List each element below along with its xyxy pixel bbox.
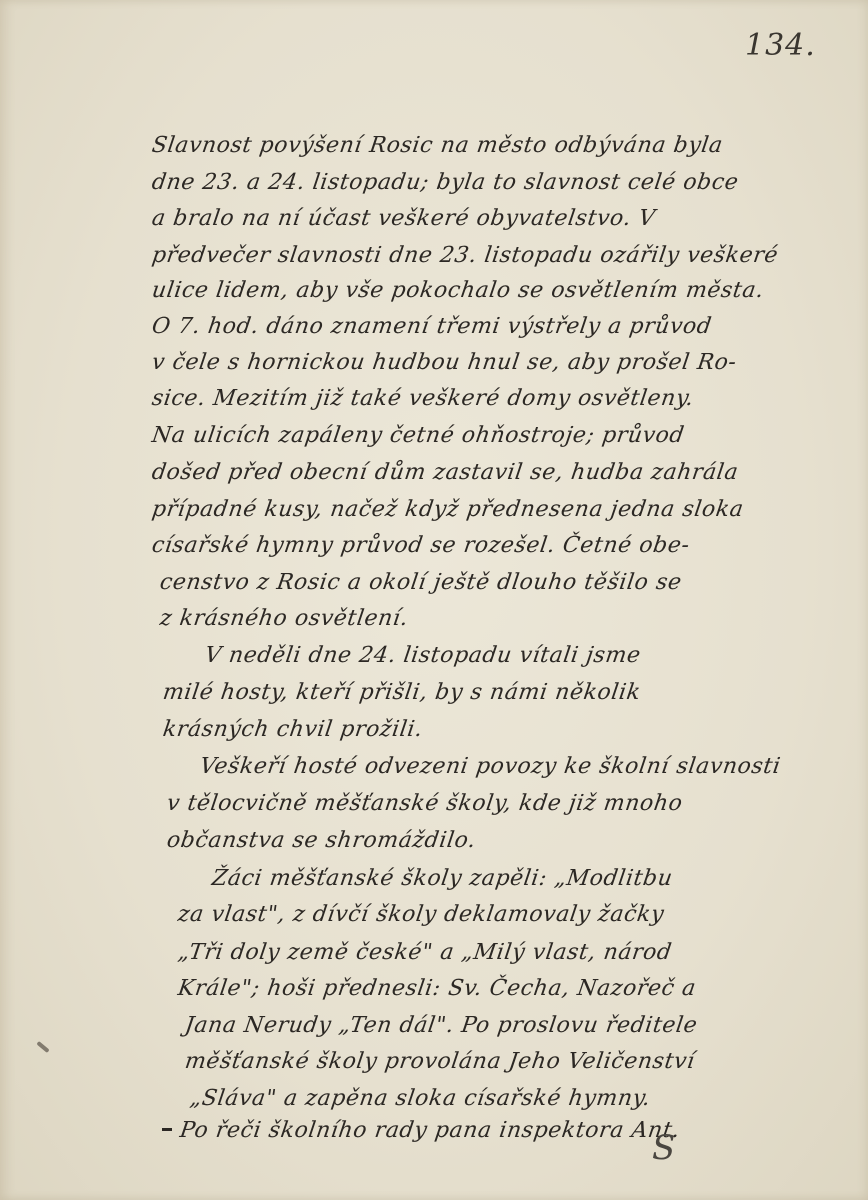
text-line: Jana Nerudy „Ten dál". Po proslovu ředit…: [183, 1013, 699, 1038]
text-line: sice. Mezitím již také veškeré domy osvě…: [150, 386, 695, 411]
ink-smudge: [36, 1041, 49, 1053]
manuscript-page: 134. Slavnost povýšení Rosic na město od…: [0, 0, 868, 1200]
text-line: „Sláva" a zapěna sloka císařské hymny.: [188, 1086, 652, 1111]
text-line: předvečer slavnosti dne 23. listopadu oz…: [150, 243, 779, 268]
text-line: došed před obecní dům zastavil se, hudba…: [150, 460, 740, 485]
text-line: za vlast", z dívčí školy deklamovaly žač…: [176, 902, 666, 927]
text-line: krásných chvil prožili.: [161, 717, 424, 742]
text-line: Krále"; hoši přednesli: Sv. Čecha, Nazoř…: [176, 976, 697, 1001]
text-line: v tělocvičně měšťanské školy, kde již mn…: [165, 791, 684, 816]
text-line: měšťanské školy provolána Jeho Veličenst…: [183, 1049, 696, 1074]
page-number: 134.: [745, 28, 816, 63]
text-line: milé hosty, kteří přišli, by s námi něko…: [161, 680, 642, 705]
text-line: Na ulicích zapáleny četné ohňostroje; pr…: [150, 423, 686, 448]
text-line: Veškeří hosté odvezeni povozy ke školní …: [198, 754, 782, 779]
text-line: v čele s hornickou hudbou hnul se, aby p…: [150, 350, 738, 375]
text-line: censtvo z Rosic a okolí ještě dlouho těš…: [158, 570, 683, 595]
text-line: císařské hymny průvod se rozešel. Četné …: [150, 533, 691, 558]
text-line: občanstva se shromáždilo.: [165, 828, 477, 853]
text-line: případné kusy, načež když přednesena jed…: [150, 497, 745, 522]
text-line: Žáci měšťanské školy zapěli: „Modlitbu: [210, 866, 674, 891]
text-line: O 7. hod. dáno znamení třemi výstřely a …: [150, 314, 713, 339]
text-line: dne 23. a 24. listopadu; byla to slavnos…: [150, 170, 740, 195]
margin-dash: [162, 1128, 172, 1131]
text-line: Po řeči školního rady pana inspektora An…: [178, 1118, 681, 1143]
footer-mark: S: [652, 1128, 675, 1168]
text-line: ulice lidem, aby vše pokochalo se osvětl…: [150, 278, 765, 303]
text-line: „Tři doly země české" a „Milý vlast, nár…: [176, 940, 673, 965]
text-line: a bralo na ní účast veškeré obyvatelstvo…: [150, 206, 657, 231]
text-line: z krásného osvětlení.: [158, 606, 410, 631]
text-line: Slavnost povýšení Rosic na město odbýván…: [150, 133, 724, 158]
text-line: V neděli dne 24. listopadu vítali jsme: [203, 643, 642, 668]
